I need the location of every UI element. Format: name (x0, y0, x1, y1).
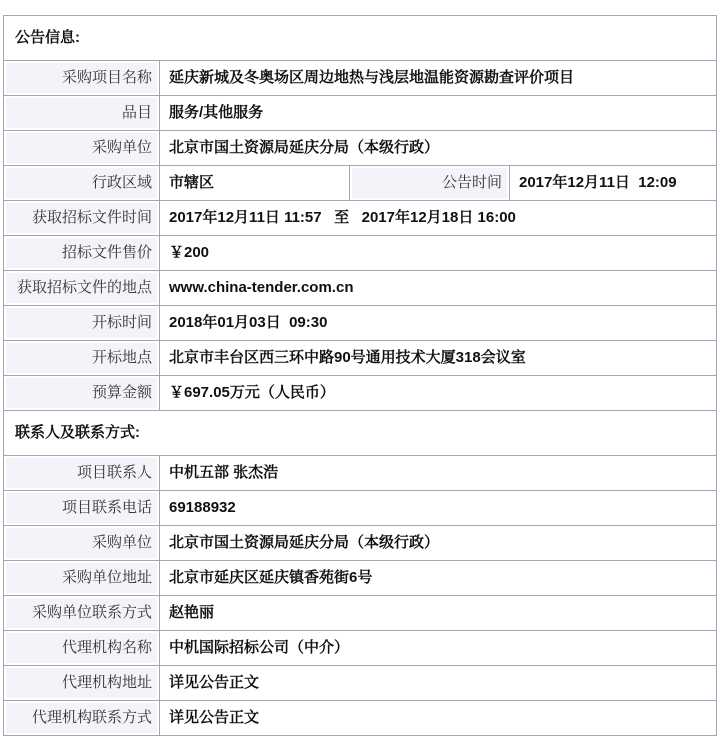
field-value-agency-name: 中机国际招标公司（中介） (160, 631, 717, 666)
field-label-doc-price: 招标文件售价 (4, 236, 160, 271)
field-value-purchaser-contact: 赵艳丽 (160, 596, 717, 631)
section-header-contact-info-text: 联系人及联系方式: (6, 413, 714, 453)
field-label-agency-address: 代理机构地址 (4, 666, 160, 701)
row-budget: 预算金额 ￥697.05万元（人民币） (4, 376, 717, 411)
field-value-project-name: 延庆新城及冬奥场区周边地热与浅层地温能资源勘查评价项目 (160, 61, 717, 96)
field-value-agency-address: 详见公告正文 (160, 666, 717, 701)
row-purchaser: 采购单位 北京市国土资源局延庆分局（本级行政） (4, 131, 717, 166)
row-agency-contact: 代理机构联系方式 详见公告正文 (4, 701, 717, 736)
row-agency-name: 代理机构名称 中机国际招标公司（中介） (4, 631, 717, 666)
field-label-project-contact: 项目联系人 (4, 456, 160, 491)
field-value-bid-open-time: 2018年01月03日 09:30 (160, 306, 717, 341)
field-value-announce-time: 2017年12月11日 12:09 (510, 166, 717, 201)
field-label-project-name: 采购项目名称 (4, 61, 160, 96)
row-purchaser-contact-person: 采购单位联系方式 赵艳丽 (4, 596, 717, 631)
section-header-row-contact-info: 联系人及联系方式: (4, 411, 717, 456)
section-header-row-announcement-info: 公告信息: (4, 16, 717, 61)
field-value-purchaser: 北京市国土资源局延庆分局（本级行政） (160, 131, 717, 166)
row-project-phone: 项目联系电话 69188932 (4, 491, 717, 526)
field-value-project-contact: 中机五部 张杰浩 (160, 456, 717, 491)
field-label-bid-open-place: 开标地点 (4, 341, 160, 376)
row-project-name: 采购项目名称 延庆新城及冬奥场区周边地热与浅层地温能资源勘查评价项目 (4, 61, 717, 96)
field-value-purchaser-2: 北京市国土资源局延庆分局（本级行政） (160, 526, 717, 561)
field-value-purchaser-address: 北京市延庆区延庆镇香苑街6号 (160, 561, 717, 596)
field-value-bid-open-place: 北京市丰台区西三环中路90号通用技术大厦318会议室 (160, 341, 717, 376)
field-label-doc-obtain-time: 获取招标文件时间 (4, 201, 160, 236)
field-label-agency-name: 代理机构名称 (4, 631, 160, 666)
field-label-budget: 预算金额 (4, 376, 160, 411)
field-value-agency-contact: 详见公告正文 (160, 701, 717, 736)
field-label-purchaser: 采购单位 (4, 131, 160, 166)
row-agency-address: 代理机构地址 详见公告正文 (4, 666, 717, 701)
row-category: 品目 服务/其他服务 (4, 96, 717, 131)
field-value-admin-region: 市辖区 (160, 166, 350, 201)
row-bid-open-time: 开标时间 2018年01月03日 09:30 (4, 306, 717, 341)
field-label-doc-obtain-place: 获取招标文件的地点 (4, 271, 160, 306)
field-label-admin-region: 行政区域 (4, 166, 160, 201)
field-label-purchaser-address: 采购单位地址 (4, 561, 160, 596)
row-doc-obtain-time: 获取招标文件时间 2017年12月11日 11:57 至 2017年12月18日… (4, 201, 717, 236)
field-label-purchaser-2: 采购单位 (4, 526, 160, 561)
field-label-agency-contact: 代理机构联系方式 (4, 701, 160, 736)
field-value-doc-obtain-time: 2017年12月11日 11:57 至 2017年12月18日 16:00 (160, 201, 717, 236)
field-label-purchaser-contact: 采购单位联系方式 (4, 596, 160, 631)
section-header-contact-info: 联系人及联系方式: (4, 411, 717, 456)
field-value-budget: ￥697.05万元（人民币） (160, 376, 717, 411)
field-label-bid-open-time: 开标时间 (4, 306, 160, 341)
field-value-category: 服务/其他服务 (160, 96, 717, 131)
row-bid-open-place: 开标地点 北京市丰台区西三环中路90号通用技术大厦318会议室 (4, 341, 717, 376)
section-header-announcement-info-text: 公告信息: (6, 18, 714, 58)
row-doc-obtain-place: 获取招标文件的地点 www.china-tender.com.cn (4, 271, 717, 306)
row-project-contact: 项目联系人 中机五部 张杰浩 (4, 456, 717, 491)
row-admin-region-announce-time: 行政区域 市辖区 公告时间 2017年12月11日 12:09 (4, 166, 717, 201)
field-label-category: 品目 (4, 96, 160, 131)
field-label-announce-time: 公告时间 (350, 166, 510, 201)
row-doc-price: 招标文件售价 ￥200 (4, 236, 717, 271)
row-purchaser-address: 采购单位地址 北京市延庆区延庆镇香苑街6号 (4, 561, 717, 596)
field-value-project-phone: 69188932 (160, 491, 717, 526)
field-label-project-phone: 项目联系电话 (4, 491, 160, 526)
field-value-doc-price: ￥200 (160, 236, 717, 271)
row-purchaser-contact-section: 采购单位 北京市国土资源局延庆分局（本级行政） (4, 526, 717, 561)
announcement-table: 公告信息: 采购项目名称 延庆新城及冬奥场区周边地热与浅层地温能资源勘查评价项目… (3, 15, 717, 736)
section-header-announcement-info: 公告信息: (4, 16, 717, 61)
field-value-doc-obtain-place: www.china-tender.com.cn (160, 271, 717, 306)
